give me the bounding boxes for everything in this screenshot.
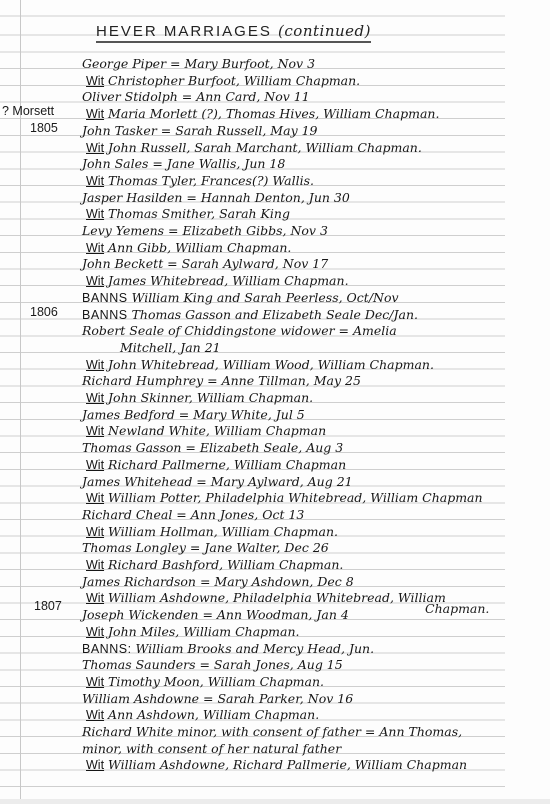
witness-prefix: Wit [86, 558, 104, 572]
entry-text: William King and Sarah Peerless, Oct/Nov [132, 290, 399, 305]
entry-text: minor, with consent of her natural fathe… [82, 741, 341, 756]
witness-line: Wit Ann Ashdown, William Chapman. [86, 706, 319, 723]
entry-text: Robert Seale of Chiddingstone widower = … [82, 323, 397, 338]
witness-prefix: Wit [86, 708, 104, 722]
entry-text: Richard Cheal = Ann Jones, Oct 13 [82, 507, 304, 522]
entry-text: John Beckett = Sarah Aylward, Nov 17 [82, 256, 328, 271]
witness-prefix: Wit [86, 241, 104, 255]
entry-text: Thomas Gasson and Elizabeth Seale Dec/Ja… [132, 307, 418, 322]
entry-text: Joseph Wickenden = Ann Woodman, Jan 4 [82, 607, 349, 622]
witness-line: Wit John Russell, Sarah Marchant, Willia… [86, 139, 422, 156]
marriage-line: George Piper = Mary Burfoot, Nov 3 [82, 55, 315, 72]
entry-text: Christopher Burfoot, William Chapman. [108, 73, 360, 88]
marriage-line: minor, with consent of her natural fathe… [82, 740, 341, 757]
marriage-line: James Whitehead = Mary Aylward, Aug 21 [82, 473, 353, 490]
marriage-line: Jasper Hasilden = Hannah Denton, Jun 30 [82, 189, 350, 206]
witness-line: Wit Thomas Smither, Sarah King [86, 205, 290, 222]
witness-prefix: Wit [86, 424, 104, 438]
entry-text: John Tasker = Sarah Russell, May 19 [82, 123, 318, 138]
entry-text: William Brooks and Mercy Head, Jun. [136, 641, 375, 656]
banns-prefix: BANNS [82, 291, 128, 305]
witness-prefix: Wit [86, 141, 104, 155]
entry-text: John Russell, Sarah Marchant, William Ch… [108, 140, 422, 155]
marriage-line: Joseph Wickenden = Ann Woodman, Jan 4 [82, 606, 349, 623]
witness-prefix: Wit [86, 458, 104, 472]
page-bottom-edge [0, 799, 550, 804]
entry-text: Ann Ashdown, William Chapman. [108, 707, 319, 722]
witness-line: Wit Richard Pallmerne, William Chapman [86, 456, 346, 473]
witness-line: Wit John Skinner, William Chapman. [86, 389, 313, 406]
banns-line: BANNS Thomas Gasson and Elizabeth Seale … [82, 306, 418, 323]
witness-line: Wit Ann Gibb, William Chapman. [86, 239, 291, 256]
entry-text: Richard Humphrey = Anne Tillman, May 25 [82, 373, 361, 388]
entry-text: Richard White minor, with consent of fat… [82, 724, 462, 739]
witness-prefix: Wit [86, 491, 104, 505]
marriage-line: Mitchell, Jan 21 [120, 339, 221, 356]
entry-text: Mitchell, Jan 21 [120, 340, 221, 355]
margin-note-year-1807: 1807 [34, 599, 62, 613]
marriage-line: Thomas Saunders = Sarah Jones, Aug 15 [82, 656, 343, 673]
entry-text: Newland White, William Chapman [108, 423, 326, 438]
witness-prefix: Wit [86, 758, 104, 772]
witness-line: Wit Maria Morlett (?), Thomas Hives, Wil… [86, 105, 439, 122]
marriage-line: John Beckett = Sarah Aylward, Nov 17 [82, 255, 328, 272]
marriage-line: Richard Humphrey = Anne Tillman, May 25 [82, 372, 361, 389]
entry-text: James Richardson = Mary Ashdown, Dec 8 [82, 574, 354, 589]
entry-text: Thomas Gasson = Elizabeth Seale, Aug 3 [82, 440, 343, 455]
marriage-line: John Sales = Jane Wallis, Jun 18 [82, 155, 285, 172]
banns-line: BANNS: William Brooks and Mercy Head, Ju… [82, 640, 374, 657]
entry-text: Levy Yemens = Elizabeth Gibbs, Nov 3 [82, 223, 328, 238]
marriage-line: Thomas Gasson = Elizabeth Seale, Aug 3 [82, 439, 343, 456]
banns-prefix: BANNS: [82, 642, 132, 656]
witness-prefix: Wit [86, 391, 104, 405]
entry-text: James Whitebread, William Chapman. [108, 273, 349, 288]
margin-note-year-1805: 1805 [30, 121, 58, 135]
witness-line: Wit John Whitebread, William Wood, Willi… [86, 356, 434, 373]
entry-text: William Ashdowne = Sarah Parker, Nov 16 [82, 691, 353, 706]
entry-text: Timothy Moon, William Chapman. [108, 674, 324, 689]
witness-prefix: Wit [86, 274, 104, 288]
witness-line: Wit Timothy Moon, William Chapman. [86, 673, 324, 690]
marriage-line: John Tasker = Sarah Russell, May 19 [82, 122, 318, 139]
entry-text: Thomas Saunders = Sarah Jones, Aug 15 [82, 657, 343, 672]
entry-text: Richard Bashford, William Chapman. [108, 557, 343, 572]
entry-text: William Hollman, William Chapman. [108, 524, 338, 539]
entry-text: John Sales = Jane Wallis, Jun 18 [82, 156, 285, 171]
entry-text: Oliver Stidolph = Ann Card, Nov 11 [82, 89, 310, 104]
notebook-page: HEVER MARRIAGES (continued) ? Morsett 18… [0, 0, 550, 804]
marriage-line: James Bedford = Mary White, Jul 5 [82, 406, 305, 423]
entry-text: James Bedford = Mary White, Jul 5 [82, 407, 305, 422]
marriage-line: Thomas Longley = Jane Walter, Dec 26 [82, 539, 329, 556]
banns-prefix: BANNS [82, 308, 128, 322]
margin-line [20, 0, 21, 804]
entry-text: Maria Morlett (?), Thomas Hives, William… [108, 106, 439, 121]
entry-text: George Piper = Mary Burfoot, Nov 3 [82, 56, 315, 71]
witness-line: Wit William Ashdowne, Philadelphia White… [86, 589, 446, 606]
witness-line: Wit William Potter, Philadelphia Whitebr… [86, 489, 483, 506]
title-main: HEVER MARRIAGES [96, 23, 272, 40]
witness-line: Wit William Ashdowne, Richard Pallmerie,… [86, 756, 467, 773]
entry-text: James Whitehead = Mary Aylward, Aug 21 [82, 474, 353, 489]
entry-text: William Ashdowne, Philadelphia Whitebrea… [108, 590, 446, 605]
entry-text: John Miles, William Chapman. [108, 624, 299, 639]
marriage-line: Robert Seale of Chiddingstone widower = … [82, 322, 397, 339]
entry-text: Thomas Smither, Sarah King [108, 206, 290, 221]
marriage-line: William Ashdowne = Sarah Parker, Nov 16 [82, 690, 353, 707]
entry-text: William Potter, Philadelphia Whitebread,… [108, 490, 483, 505]
entry-text: Jasper Hasilden = Hannah Denton, Jun 30 [82, 190, 350, 205]
marriage-line: Levy Yemens = Elizabeth Gibbs, Nov 3 [82, 222, 328, 239]
witness-prefix: Wit [86, 591, 104, 605]
entry-text: John Whitebread, William Wood, William C… [108, 357, 434, 372]
entry-text: John Skinner, William Chapman. [108, 390, 313, 405]
witness-prefix: Wit [86, 675, 104, 689]
banns-line: BANNS William King and Sarah Peerless, O… [82, 289, 399, 306]
witness-prefix: Wit [86, 358, 104, 372]
witness-prefix: Wit [86, 74, 104, 88]
witness-prefix: Wit [86, 525, 104, 539]
entry-text: William Ashdowne, Richard Pallmerie, Wil… [108, 757, 467, 772]
marriage-line: Richard Cheal = Ann Jones, Oct 13 [82, 506, 304, 523]
margin-note-year-1806: 1806 [30, 305, 58, 319]
witness-prefix: Wit [86, 174, 104, 188]
witness-line: Wit Richard Bashford, William Chapman. [86, 556, 343, 573]
witness-line: Wit James Whitebread, William Chapman. [86, 272, 349, 289]
page-title: HEVER MARRIAGES (continued) [96, 22, 371, 43]
margin-note-morsett: ? Morsett [2, 104, 54, 118]
witness-prefix: Wit [86, 107, 104, 121]
witness-prefix: Wit [86, 625, 104, 639]
witness-prefix: Wit [86, 207, 104, 221]
entry-text: Thomas Tyler, Frances(?) Wallis. [108, 173, 314, 188]
witness-line: Wit Newland White, William Chapman [86, 422, 326, 439]
title-suffix: (continued) [278, 22, 371, 40]
marriage-line: James Richardson = Mary Ashdown, Dec 8 [82, 573, 354, 590]
witness-line: Wit Thomas Tyler, Frances(?) Wallis. [86, 172, 314, 189]
witness-line: Wit William Hollman, William Chapman. [86, 523, 338, 540]
entry-text: Richard Pallmerne, William Chapman [108, 457, 346, 472]
entry-text: Ann Gibb, William Chapman. [108, 240, 291, 255]
witness-line: Wit Christopher Burfoot, William Chapman… [86, 72, 360, 89]
marriage-line: Oliver Stidolph = Ann Card, Nov 11 [82, 88, 310, 105]
entry-text: Thomas Longley = Jane Walter, Dec 26 [82, 540, 329, 555]
witness-line: Wit John Miles, William Chapman. [86, 623, 300, 640]
marriage-line: Richard White minor, with consent of fat… [82, 723, 462, 740]
